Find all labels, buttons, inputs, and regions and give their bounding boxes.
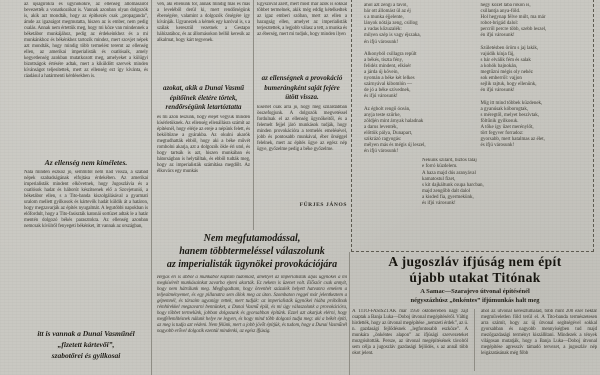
tito-article-headline: A jugoszláv ifjúság nem épít újabb utaka… [352,254,598,285]
left-column-bottom-heading: itt is vannak a Dunai Vasműnél „fizetett… [24,328,148,361]
left-column: az újságírókra és ügynökökre, az ellensé… [24,2,148,361]
section-heading-enemy: Az ellenség nem kíméletes. [24,158,148,167]
column-rule-3 [349,252,350,375]
poem-column-right: hegy közét lába rokon is, csillantja any… [481,3,588,155]
poem-columns: ahol azt zengi a távol, bár ott állomást… [364,3,587,155]
middle-column-b: Egyszóval azért, mert most már azok is s… [257,2,347,208]
center-article: Nem megfutamodással, hanem többtermeléss… [157,230,347,373]
center-article-headline: Nem megfutamodással, hanem többtermeléss… [157,232,347,271]
poem-box: ahol azt zengi a távol, bár ott állomást… [351,0,594,252]
tito-article-columns: A TITO-FASISZTÁK már 1950 októberében na… [352,309,598,371]
poem-column-left: ahol azt zengi a távol, bár ott állomást… [364,3,471,155]
center-article-body: Héjjas én is abból a munkából kaptam tud… [157,275,347,373]
tito-article-text-right: ahol az útvonal keresztülhalad, több min… [474,309,597,371]
column3-text-body: kísérlet csak arra jó, hogy még szilárda… [257,105,347,199]
column2-text-body: és mi azon leszünk, hogy elejét vegyük m… [157,115,250,219]
boomerang-subheadline: az ellenségnek a provokáció bumerángként… [257,74,347,103]
author-byline: FÜRJES JÁNOS [257,202,347,208]
column3-text-top: Egyszóval azért, mert most már azok is s… [257,2,347,74]
tito-article: A jugoszláv ifjúság nem épít újabb utaka… [352,252,598,371]
left-column-text-mid: Nála minden eszköz jó, semmitől nem riad… [24,170,148,326]
left-column-text-top: az újságírókra és ügynökökre, az ellensé… [24,2,148,154]
newspaper-page: az újságírókra és ügynökökre, az ellensé… [0,0,600,375]
middle-column-a: veh, aki ellenünk tör, annak mindig más … [157,2,250,219]
tito-article-text-left: A TITO-FASISZTÁK már 1950 októberében na… [352,309,468,371]
arrest-subheadline: azokat, akik a Dunai Vasmű építőinek éle… [157,84,250,113]
poem-closing-stanza: Nekünk szilárd, biztos talaj e forró küz… [422,158,587,207]
tito-article-subhead: A Samac—Szarajevo útvonal építésénél nég… [352,288,598,305]
column2-text-top: veh, aki ellenünk tör, annak mindig más … [157,2,250,84]
column-rule-2 [253,0,254,230]
column-rule-1 [151,0,152,375]
